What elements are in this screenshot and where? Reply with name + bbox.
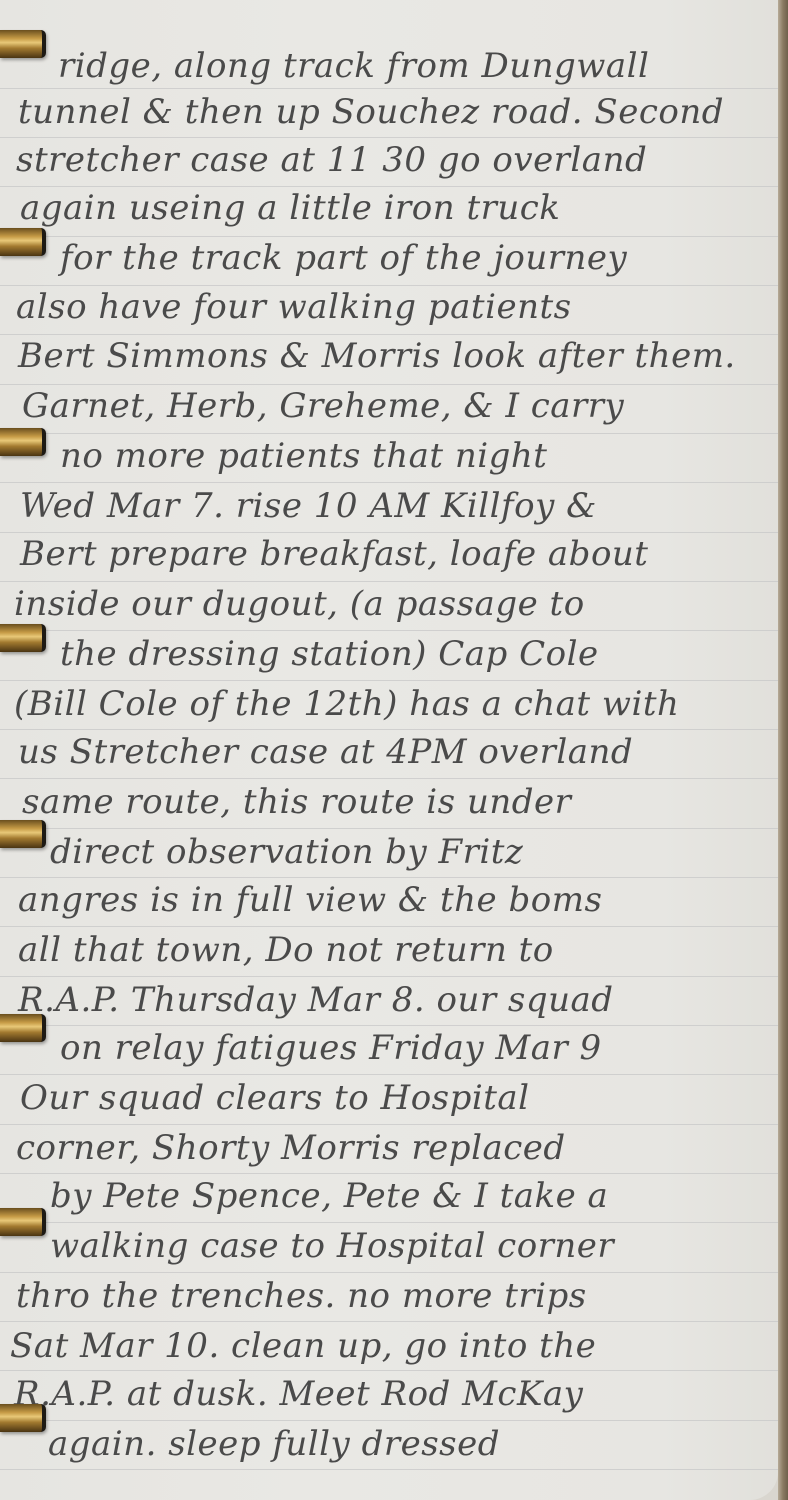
text-line: (Bill Cole of the 12th) has a chat with	[14, 684, 679, 724]
text-line: thro the trenches. no more trips	[16, 1276, 587, 1316]
text-line: no more patients that night	[60, 436, 547, 476]
binding-ring-icon	[0, 1404, 46, 1432]
text-line: Bert prepare breakfast, loafe about	[20, 534, 648, 574]
ruled-line	[0, 778, 778, 779]
text-line: corner, Shorty Morris replaced	[16, 1128, 566, 1168]
text-line: also have four walking patients	[16, 287, 572, 327]
ruled-line	[0, 384, 778, 385]
text-line: by Pete Spence, Pete & I take a	[50, 1176, 608, 1216]
ruled-line	[0, 482, 778, 483]
text-line: direct observation by Fritz	[50, 832, 523, 872]
page-edge	[778, 0, 788, 1500]
ruled-line	[0, 877, 778, 878]
ruled-line	[0, 433, 778, 434]
binding-ring-icon	[0, 1014, 46, 1042]
ruled-line	[0, 1420, 778, 1421]
binding-ring-icon	[0, 228, 46, 256]
text-line: R.A.P. Thursday Mar 8. our squad	[18, 980, 614, 1020]
text-line: R.A.P. at dusk. Meet Rod McKay	[14, 1374, 583, 1414]
ruled-line	[0, 1370, 778, 1371]
ruled-line	[0, 285, 778, 286]
text-line: same route, this route is under	[22, 782, 571, 822]
ruled-line	[0, 828, 778, 829]
ruled-line	[0, 137, 778, 138]
text-line: all that town, Do not return to	[18, 930, 554, 970]
binding-ring-icon	[0, 30, 46, 58]
text-line: inside our dugout, (a passage to	[14, 584, 585, 624]
ruled-line	[0, 976, 778, 977]
ruled-line	[0, 926, 778, 927]
ruled-line	[0, 581, 778, 582]
ruled-line	[0, 1469, 778, 1470]
ruled-line	[0, 1222, 778, 1223]
text-line: on relay fatigues Friday Mar 9	[60, 1028, 602, 1068]
ruled-line	[0, 1321, 778, 1322]
ruled-line	[0, 630, 778, 631]
ruled-line	[0, 532, 778, 533]
binding-ring-icon	[0, 1208, 46, 1236]
text-line: walking case to Hospital corner	[50, 1226, 614, 1266]
text-line: again useing a little iron truck	[20, 188, 560, 228]
ruled-line	[0, 186, 778, 187]
ruled-line	[0, 1173, 778, 1174]
text-line: Bert Simmons & Morris look after them.	[18, 336, 736, 376]
ruled-line	[0, 236, 778, 237]
notebook-page: ridge, along track from Dungwall tunnel …	[0, 0, 778, 1500]
text-line: Garnet, Herb, Greheme, & I carry	[22, 386, 624, 426]
text-line: ridge, along track from Dungwall	[58, 46, 649, 86]
text-line: tunnel & then up Souchez road. Second	[18, 92, 724, 132]
text-line: us Stretcher case at 4PM overland	[18, 732, 633, 772]
ruled-line	[0, 334, 778, 335]
text-line: again. sleep fully dressed	[48, 1424, 500, 1464]
ruled-line	[0, 88, 778, 89]
text-line: the dressing station) Cap Cole	[60, 634, 599, 674]
ruled-line	[0, 1124, 778, 1125]
text-line: Our squad clears to Hospital	[20, 1078, 530, 1118]
ruled-line	[0, 1025, 778, 1026]
ruled-line	[0, 1074, 778, 1075]
text-line: Wed Mar 7. rise 10 AM Killfoy &	[20, 486, 597, 526]
text-line: angres is in full view & the boms	[18, 880, 602, 920]
ruled-line	[0, 729, 778, 730]
binding-ring-icon	[0, 624, 46, 652]
binding-ring-icon	[0, 428, 46, 456]
binding-ring-icon	[0, 820, 46, 848]
ruled-line	[0, 680, 778, 681]
ruled-line	[0, 1272, 778, 1273]
text-line: Sat Mar 10. clean up, go into the	[10, 1326, 596, 1366]
text-line: stretcher case at 11 30 go overland	[16, 140, 647, 180]
text-line: for the track part of the journey	[60, 238, 627, 278]
